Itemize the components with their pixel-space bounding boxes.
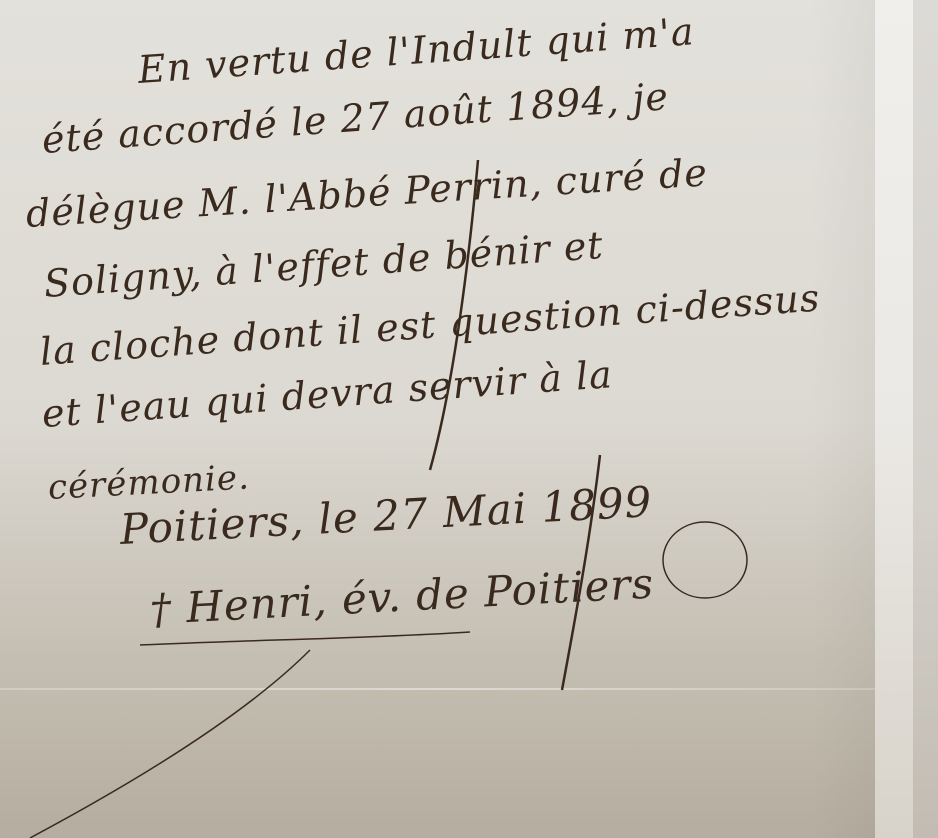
paper-edge (875, 0, 915, 838)
paper-fold-line (0, 688, 880, 690)
underlying-sheet (913, 0, 938, 838)
